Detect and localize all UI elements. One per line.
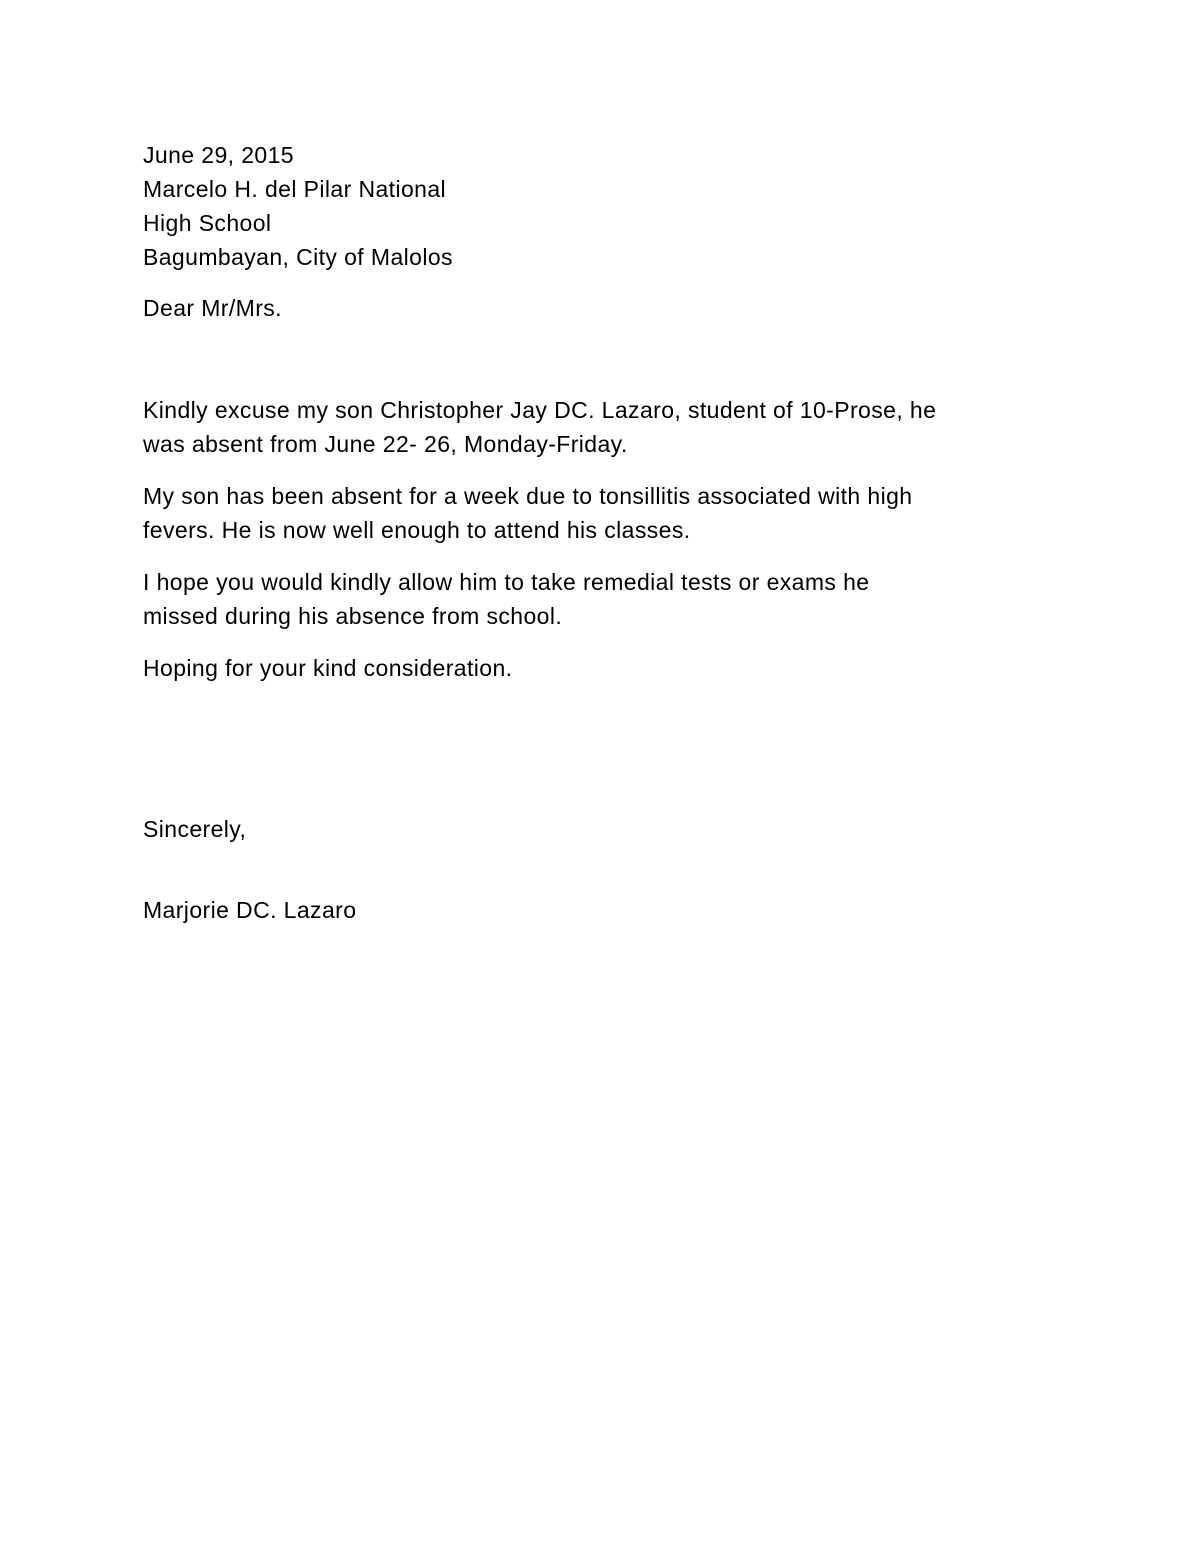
recipient-address-line-2: High School bbox=[143, 206, 1140, 240]
signature-name: Marjorie DC. Lazaro bbox=[143, 893, 1140, 927]
paragraph-consideration: Hoping for your kind consideration. bbox=[143, 651, 1103, 685]
salutation: Dear Mr/Mrs. bbox=[143, 291, 1140, 325]
recipient-address-line-1: Marcelo H. del Pilar National bbox=[143, 172, 1140, 206]
letter-date: June 29, 2015 bbox=[143, 138, 1140, 172]
document-page: June 29, 2015 Marcelo H. del Pilar Natio… bbox=[0, 0, 1200, 1553]
closing: Sincerely, bbox=[143, 812, 1140, 846]
paragraph-excuse-request: Kindly excuse my son Christopher Jay DC.… bbox=[143, 393, 1103, 461]
letter-header: June 29, 2015 Marcelo H. del Pilar Natio… bbox=[143, 138, 1140, 274]
recipient-address-line-3: Bagumbayan, City of Malolos bbox=[143, 240, 1140, 274]
paragraph-illness-reason: My son has been absent for a week due to… bbox=[143, 479, 1103, 547]
paragraph-remedial-request: I hope you would kindly allow him to tak… bbox=[143, 565, 1103, 633]
letter-body: Kindly excuse my son Christopher Jay DC.… bbox=[143, 393, 1140, 685]
